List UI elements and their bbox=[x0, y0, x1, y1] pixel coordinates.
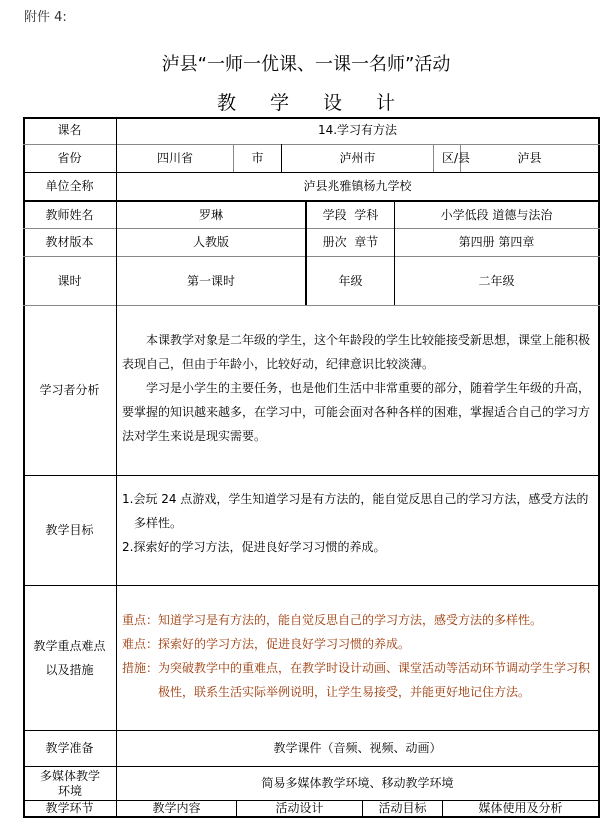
textbook-label: 教材版本 bbox=[23, 229, 116, 256]
document-title: 泸县“一师一优课、一课一名师”活动 bbox=[0, 50, 612, 76]
period-value: 第一课时 bbox=[117, 257, 305, 305]
multimedia-label: 多媒体教学环境 bbox=[37, 767, 103, 800]
key-points-label: 教学重点难点 以及措施 bbox=[23, 586, 116, 730]
key-points-content: 重点：知道学习是有方法的，能自觉反思自己的学习方法，感受方法的多样性。 难点：探… bbox=[122, 608, 594, 704]
unit-value: 泸县兆雅镇杨九学校 bbox=[117, 173, 598, 200]
course-name-value: 14.学习有方法 bbox=[117, 117, 598, 144]
learner-analysis-paragraph: 学习是小学生的主要任务，也是他们生活中非常重要的部分，随着学生年级的升高，要掌握… bbox=[122, 376, 594, 448]
preparation-label: 教学准备 bbox=[23, 731, 116, 766]
key-points-label-line1: 教学重点难点 bbox=[33, 634, 105, 658]
objective-item: 1.会玩 24 点游戏，学生知道学习是有方法的，能自觉反思自己的学习方法，感受方… bbox=[122, 487, 594, 535]
grade-label: 年级 bbox=[307, 257, 394, 305]
textbook-value: 人教版 bbox=[117, 229, 305, 256]
page-cutoff bbox=[0, 818, 612, 836]
city-value: 泸州市 bbox=[282, 145, 433, 172]
table-border-right bbox=[598, 117, 600, 818]
period-label: 课时 bbox=[23, 257, 116, 305]
county-value: 泸县 bbox=[461, 145, 598, 172]
province-value: 四川省 bbox=[117, 145, 233, 172]
teacher-value: 罗琳 bbox=[117, 202, 305, 228]
annex-label: 附件 4: bbox=[24, 6, 67, 25]
key-points-label-line2: 以及措施 bbox=[45, 658, 93, 682]
teacher-label: 教师姓名 bbox=[23, 202, 116, 228]
document-subtitle: 教 学 设 计 bbox=[0, 88, 612, 115]
stage-subject-value: 小学低段 道德与法治 bbox=[395, 202, 598, 228]
volume-chapter-label: 册次 章节 bbox=[307, 229, 394, 256]
objective-item: 2.探索好的学习方法，促进良好学习习惯的养成。 bbox=[122, 535, 594, 559]
learner-analysis-paragraph: 本课教学对象是二年级的学生，这个年龄段的学生比较能接受新思想，课堂上能积极表现自… bbox=[122, 328, 594, 376]
measures-item: 措施：为突破教学中的重难点，在教学时设计动画、课堂活动等活动环节调动学生学习积极… bbox=[122, 656, 594, 704]
province-label: 省份 bbox=[23, 145, 116, 172]
city-label: 市 bbox=[234, 145, 281, 172]
course-name-label: 课名 bbox=[23, 117, 116, 144]
objectives-label: 教学目标 bbox=[23, 476, 116, 585]
unit-label: 单位全称 bbox=[23, 173, 116, 200]
objectives-content: 1.会玩 24 点游戏，学生知道学习是有方法的，能自觉反思自己的学习方法，感受方… bbox=[122, 487, 594, 559]
key-point-item: 重点：知道学习是有方法的，能自觉反思自己的学习方法，感受方法的多样性。 bbox=[122, 608, 594, 632]
stage-subject-label: 学段 学科 bbox=[307, 202, 394, 228]
volume-chapter-value: 第四册 第四章 bbox=[395, 229, 598, 256]
difficulty-item: 难点：探索好的学习方法，促进良好学习习惯的养成。 bbox=[122, 632, 594, 656]
multimedia-value: 简易多媒体教学环境、移动教学环境 bbox=[117, 767, 598, 800]
preparation-value: 教学课件（音频、视频、动画） bbox=[117, 731, 598, 766]
lesson-design-table: 课名 14.学习有方法 省份 四川省 市 泸州市 区/县 泸县 单位全称 泸县兆… bbox=[23, 117, 600, 818]
grade-value: 二年级 bbox=[395, 257, 598, 305]
learner-analysis-label: 学习者分析 bbox=[23, 306, 116, 475]
learner-analysis-content: 本课教学对象是二年级的学生，这个年龄段的学生比较能接受新思想，课堂上能积极表现自… bbox=[122, 328, 594, 448]
